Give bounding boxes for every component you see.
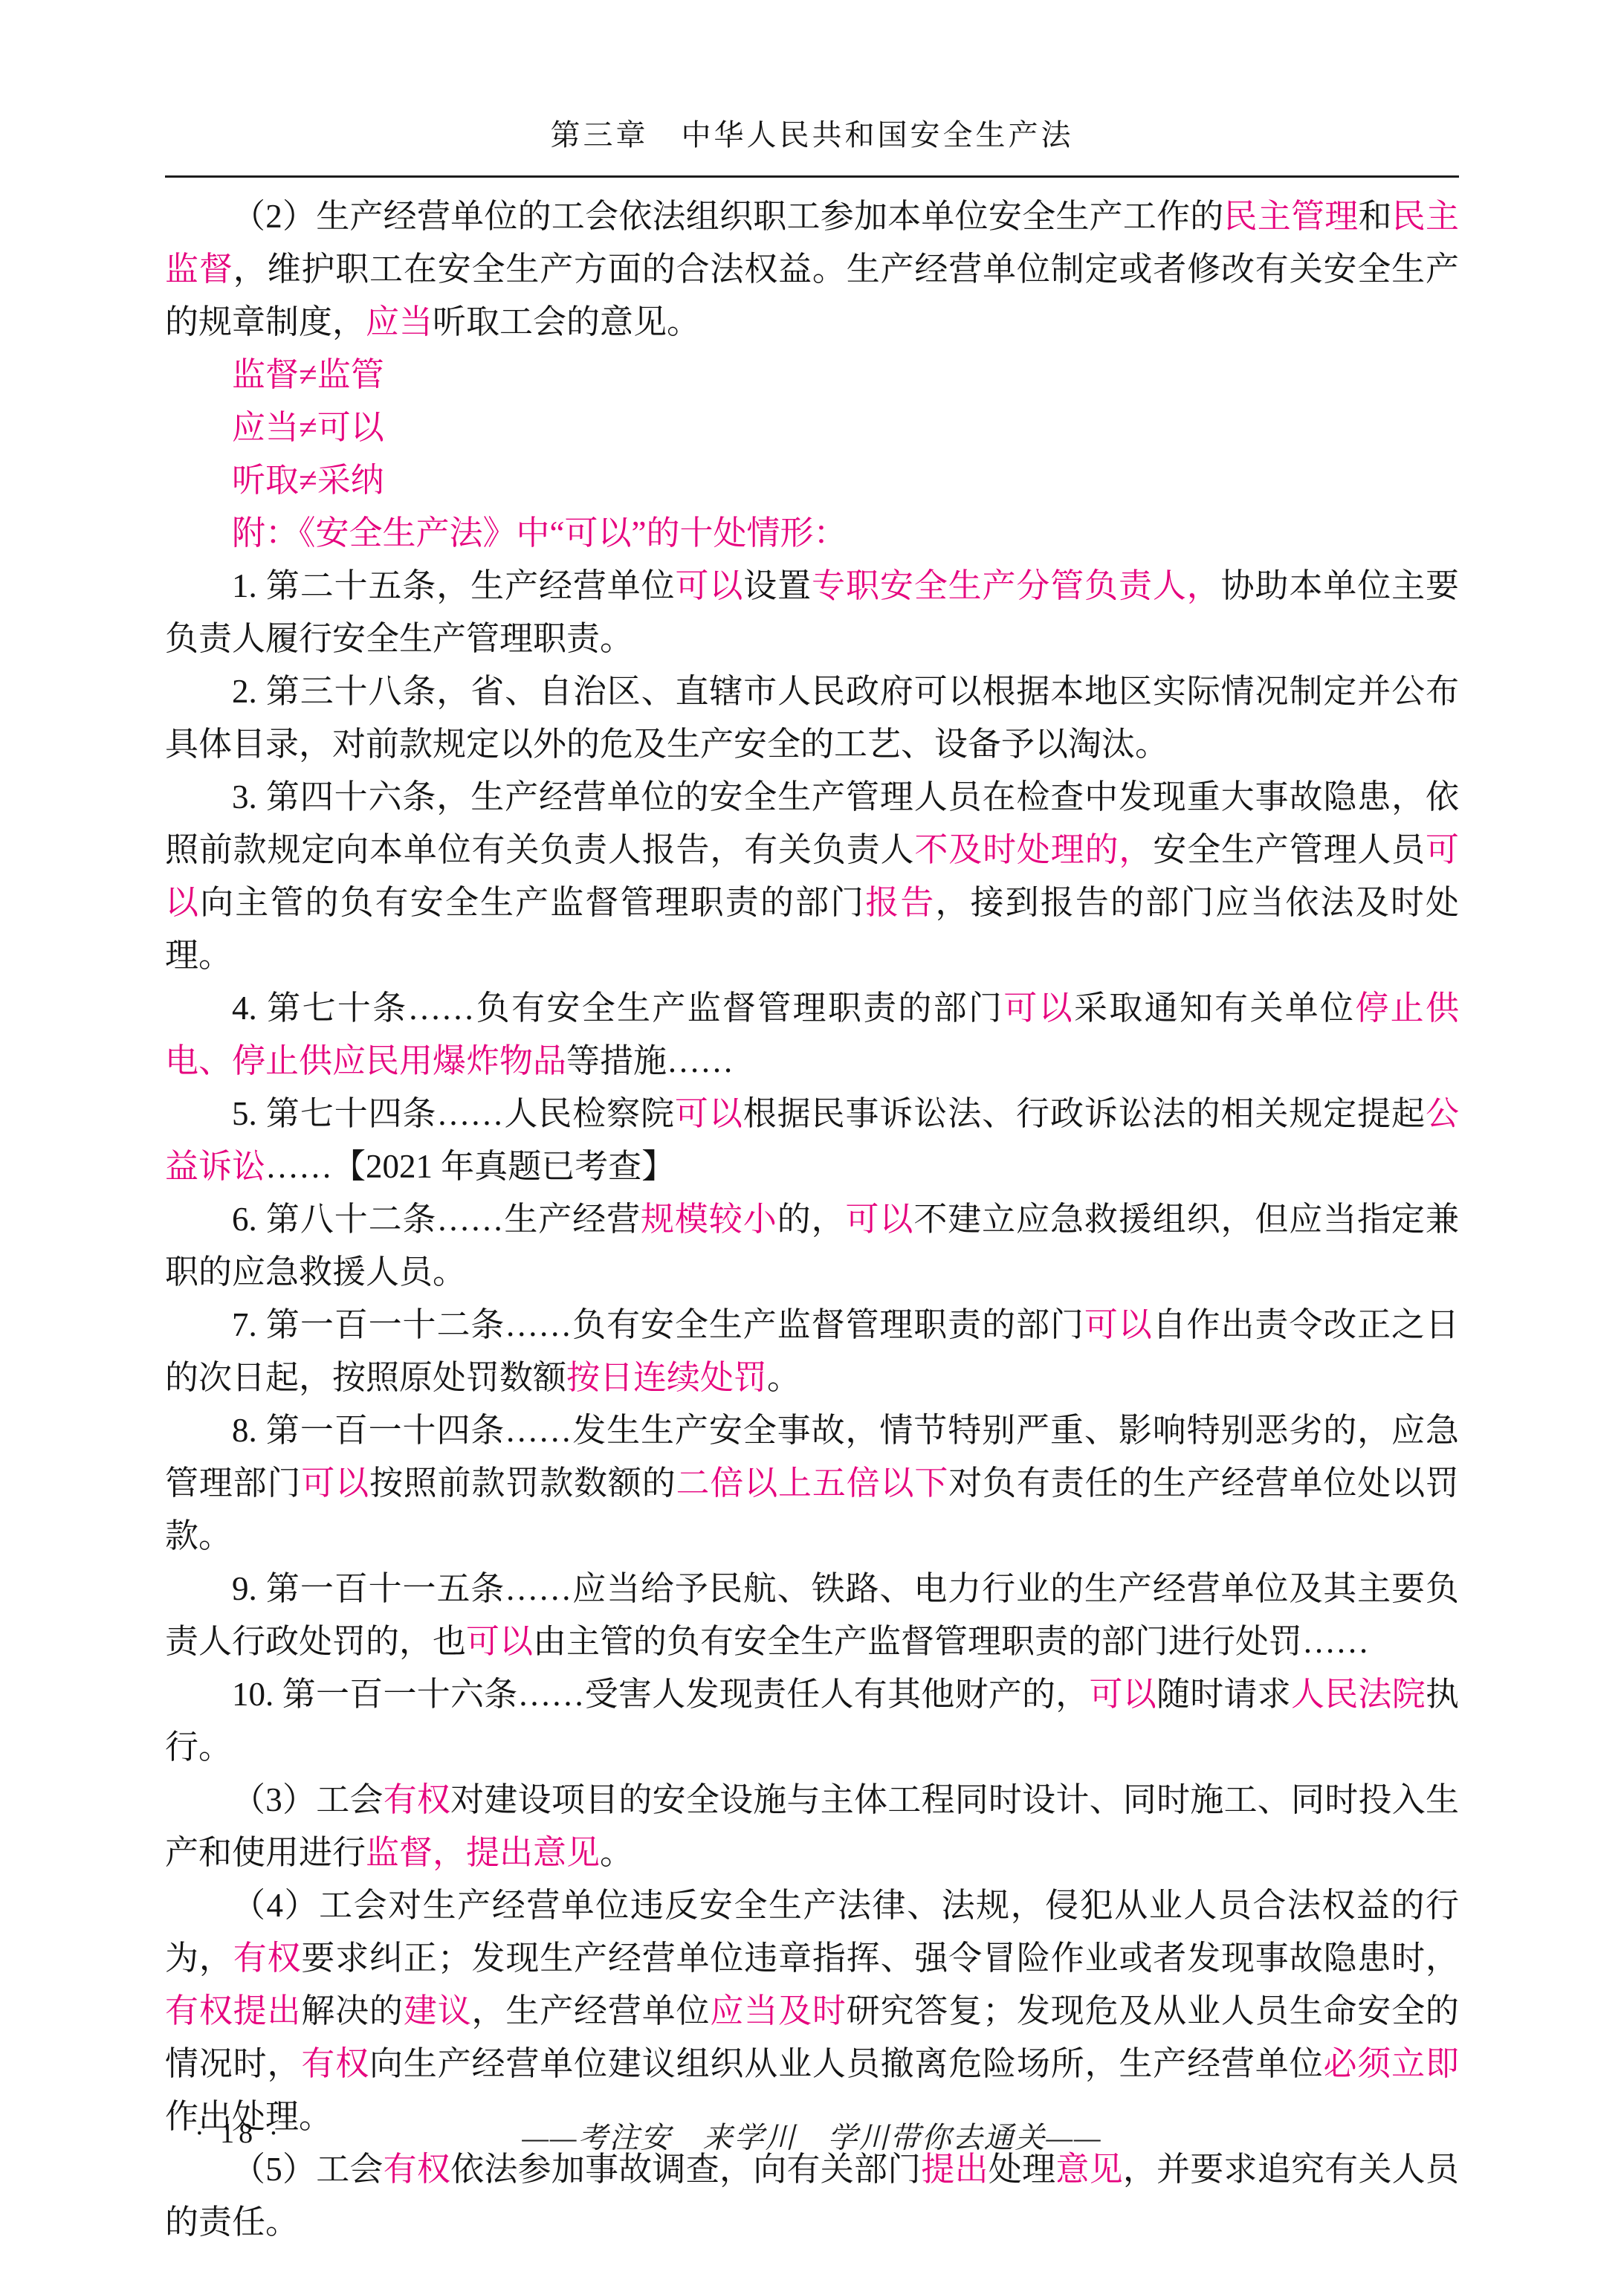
text-segment: 向主管的负有安全生产监督管理职责的部门 bbox=[200, 884, 865, 921]
book-page: 第三章 中华人民共和国安全生产法 （2）生产经营单位的工会依法组织职工参加本单位… bbox=[0, 0, 1624, 2283]
chapter-header: 第三章 中华人民共和国安全生产法 bbox=[165, 112, 1459, 154]
footer-slogan: ——考注安 来学川 学川带你去通关—— bbox=[0, 2114, 1624, 2157]
header-rule bbox=[165, 175, 1459, 178]
text-segment: （3）工会 bbox=[232, 1781, 384, 1818]
highlight-segment: 有权 bbox=[384, 1781, 450, 1818]
text-segment: 解决的 bbox=[301, 1992, 404, 2029]
paragraph: 3. 第四十六条，生产经营单位的安全生产管理人员在检查中发现重大事故隐患，依照前… bbox=[165, 771, 1459, 982]
text-segment: ，维护职工在安全生产方面的合法权益。生产经营单位制定或者修改有关安全生产的规章制… bbox=[165, 251, 1459, 340]
paragraph: 6. 第八十二条……生产经营规模较小的，可以不建立应急救援组织，但应当指定兼职的… bbox=[165, 1193, 1459, 1299]
text-segment: 7. 第一百一十二条……负有安全生产监督管理职责的部门 bbox=[232, 1306, 1084, 1343]
highlight-segment: 有权提出 bbox=[165, 1992, 301, 2029]
paragraph: 10. 第一百一十六条……受害人发现责任人有其他财产的，可以随时请求人民法院执行… bbox=[165, 1668, 1459, 1774]
highlight-segment: 专职安全生产分管负责人， bbox=[812, 567, 1221, 604]
text-segment: ……【2021 年真题已考查】 bbox=[265, 1148, 675, 1185]
paragraph: 听取≠采纳 bbox=[165, 454, 1459, 507]
text-segment: 。 bbox=[767, 1359, 800, 1396]
text-segment: 采取通知有关单位 bbox=[1074, 989, 1355, 1027]
highlight-segment: 可以 bbox=[675, 1095, 743, 1132]
paragraph: 应当≠可以 bbox=[165, 401, 1459, 454]
paragraph: 8. 第一百一十四条……发生生产安全事故，情节特别严重、影响特别恶劣的，应急管理… bbox=[165, 1404, 1459, 1563]
body-text: （2）生产经营单位的工会依法组织职工参加本单位安全生产工作的民主管理和民主监督，… bbox=[165, 190, 1459, 2249]
text-segment: 向生产经营单位建议组织从业人员撤离危险场所，生产经营单位 bbox=[369, 2045, 1323, 2082]
highlight-segment: 不及时处理的， bbox=[914, 831, 1153, 868]
highlight-segment: 可以 bbox=[466, 1623, 533, 1660]
paragraph: 2. 第三十八条，省、自治区、直辖市人民政府可以根据本地区实际情况制定并公布具体… bbox=[165, 665, 1459, 771]
paragraph: 5. 第七十四条……人民检察院可以根据民事诉讼法、行政诉讼法的相关规定提起公益诉… bbox=[165, 1088, 1459, 1193]
highlight-segment: 可以 bbox=[676, 567, 744, 604]
text-segment: 安全生产管理人员 bbox=[1153, 831, 1426, 868]
text-segment: 2. 第三十八条，省、自治区、直辖市人民政府可以根据本地区实际情况制定并公布具体… bbox=[165, 673, 1459, 763]
text-segment: 等措施…… bbox=[566, 1042, 734, 1079]
highlight-segment: 应当及时 bbox=[710, 1992, 846, 2029]
highlight-segment: 附：《安全生产法》中“可以”的十处情形： bbox=[232, 514, 847, 552]
text-segment: 要求纠正；发现生产经营单位违章指挥、强令冒险作业或者发现事故隐患时， bbox=[301, 1940, 1459, 1977]
highlight-segment: 监督，提出意见 bbox=[366, 1834, 600, 1871]
text-segment: 1. 第二十五条，生产经营单位 bbox=[232, 567, 676, 604]
text-segment: 的， bbox=[777, 1201, 846, 1238]
highlight-segment: 人民法院 bbox=[1291, 1676, 1426, 1713]
highlight-segment: 可以 bbox=[301, 1465, 369, 1502]
highlight-segment: 可以 bbox=[845, 1201, 913, 1238]
text-segment: ，生产经营单位 bbox=[472, 1992, 711, 2029]
paragraph: 7. 第一百一十二条……负有安全生产监督管理职责的部门可以自作出责令改正之日的次… bbox=[165, 1299, 1459, 1404]
text-segment: 。 bbox=[600, 1834, 633, 1871]
highlight-segment: 规模较小 bbox=[641, 1201, 777, 1238]
highlight-segment: 按日连续处罚 bbox=[566, 1359, 767, 1396]
text-segment: 听取工会的意见。 bbox=[433, 303, 700, 340]
text-segment: 按照前款罚款数额的 bbox=[369, 1465, 676, 1502]
highlight-segment: 建议 bbox=[404, 1992, 472, 2029]
text-segment: 根据民事诉讼法、行政诉讼法的相关规定提起 bbox=[743, 1095, 1426, 1132]
text-segment: 10. 第一百一十六条……受害人发现责任人有其他财产的， bbox=[232, 1676, 1089, 1713]
highlight-segment: 有权 bbox=[233, 1940, 302, 1977]
paragraph: 1. 第二十五条，生产经营单位可以设置专职安全生产分管负责人，协助本单位主要负责… bbox=[165, 560, 1459, 665]
text-segment: 由主管的负有安全生产监督管理职责的部门进行处罚…… bbox=[533, 1623, 1369, 1660]
highlight-segment: 应当 bbox=[366, 303, 433, 340]
text-segment: 4. 第七十条……负有安全生产监督管理职责的部门 bbox=[232, 989, 1003, 1027]
highlight-segment: 报告 bbox=[865, 884, 935, 921]
highlight-segment: 可以 bbox=[1089, 1676, 1156, 1713]
highlight-segment: 应当≠可以 bbox=[232, 409, 384, 446]
page-footer: · 18 · ——考注安 来学川 学川带你去通关—— bbox=[0, 2110, 1624, 2162]
paragraph: （2）生产经营单位的工会依法组织职工参加本单位安全生产工作的民主管理和民主监督，… bbox=[165, 190, 1459, 349]
paragraph: 4. 第七十条……负有安全生产监督管理职责的部门可以采取通知有关单位停止供电、停… bbox=[165, 982, 1459, 1088]
text-segment: 随时请求 bbox=[1156, 1676, 1291, 1713]
highlight-segment: 监督≠监管 bbox=[232, 356, 384, 393]
highlight-segment: 二倍以上五倍以下 bbox=[676, 1465, 949, 1502]
highlight-segment: 民主管理 bbox=[1224, 198, 1359, 235]
text-segment: 和 bbox=[1359, 198, 1392, 235]
paragraph: （4）工会对生产经营单位违反安全生产法律、法规，侵犯从业人员合法权益的行为，有权… bbox=[165, 1879, 1459, 2143]
highlight-segment: 可以 bbox=[1084, 1306, 1153, 1343]
highlight-segment: 可以 bbox=[1003, 989, 1074, 1027]
paragraph: 附：《安全生产法》中“可以”的十处情形： bbox=[165, 507, 1459, 560]
text-segment: 设置 bbox=[743, 567, 812, 604]
text-segment: 6. 第八十二条……生产经营 bbox=[232, 1201, 641, 1238]
highlight-segment: 有权 bbox=[301, 2045, 369, 2082]
paragraph: （3）工会有权对建设项目的安全设施与主体工程同时设计、同时施工、同时投入生产和使… bbox=[165, 1774, 1459, 1879]
highlight-segment: 听取≠采纳 bbox=[232, 462, 384, 499]
paragraph: 9. 第一百十一五条……应当给予民航、铁路、电力行业的生产经营单位及其主要负责人… bbox=[165, 1563, 1459, 1668]
highlight-segment: 必须立即 bbox=[1323, 2045, 1459, 2082]
text-segment: 5. 第七十四条……人民检察院 bbox=[232, 1095, 675, 1132]
paragraph: 监督≠监管 bbox=[165, 349, 1459, 401]
text-segment: （2）生产经营单位的工会依法组织职工参加本单位安全生产工作的 bbox=[232, 198, 1224, 235]
